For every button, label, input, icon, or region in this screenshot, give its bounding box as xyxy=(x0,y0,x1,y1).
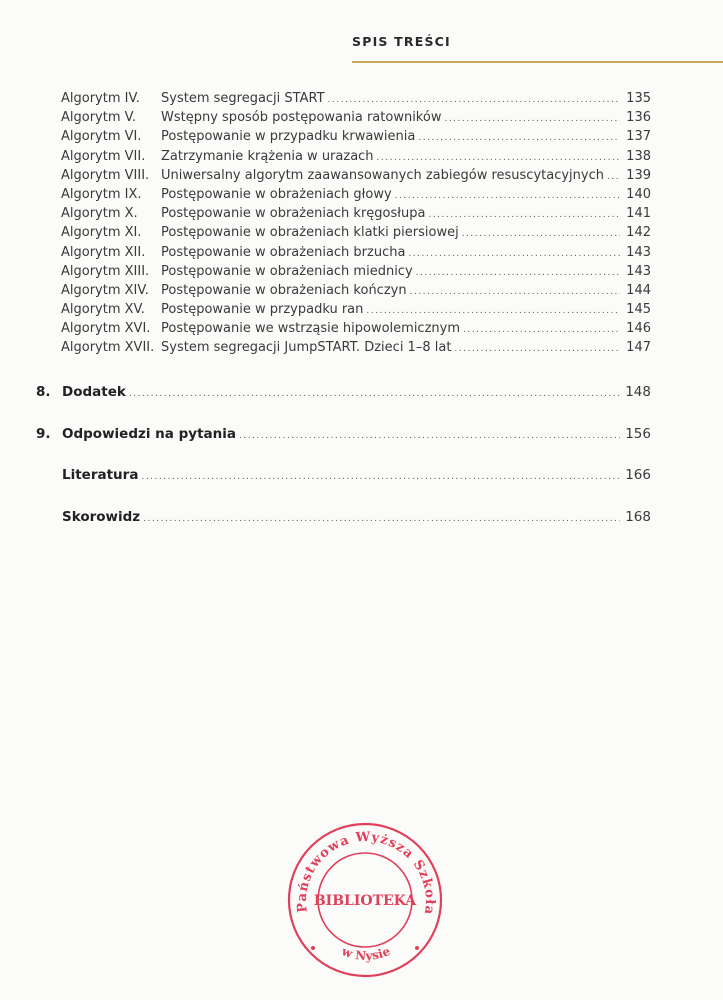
toc-entry-label: Algorytm XIV. xyxy=(61,283,161,298)
toc-entry-page: 145 xyxy=(623,302,651,317)
dot-leader: ........................................… xyxy=(239,431,620,441)
toc-section-title: Literatura xyxy=(62,467,138,483)
toc-entry-page: 138 xyxy=(623,149,651,164)
dot-leader: ........................................… xyxy=(143,514,620,524)
toc-entry-title: Wstępny sposób postępowania ratowników xyxy=(161,110,441,125)
toc-entry: Algorytm XVI.Postępowanie we wstrząsie h… xyxy=(61,321,651,340)
toc-entry-title: Postępowanie w obrażeniach klatki piersi… xyxy=(161,225,459,240)
toc-entry-label: Algorytm IX. xyxy=(61,187,161,202)
toc-entry-label: Algorytm XV. xyxy=(61,302,161,317)
toc-entry-label: Algorytm XIII. xyxy=(61,264,161,279)
toc-section-page: 168 xyxy=(623,509,651,525)
algorithm-toc-list: Algorytm IV.System segregacji START.....… xyxy=(61,91,651,360)
toc-entry-title: Postępowanie w obrażeniach głowy xyxy=(161,187,392,202)
toc-entry-label: Algorytm VI. xyxy=(61,129,161,144)
toc-entry: Algorytm X.Postępowanie w obrażeniach kr… xyxy=(61,206,651,225)
toc-entry-title: Postępowanie we wstrząsie hipowolemiczny… xyxy=(161,321,460,336)
toc-entry: Algorytm IV.System segregacji START.....… xyxy=(61,91,651,110)
toc-entry-title: Postępowanie w przypadku ran xyxy=(161,302,363,317)
toc-entry: Algorytm XIV.Postępowanie w obrażeniach … xyxy=(61,283,651,302)
toc-entry-title: System segregacji START xyxy=(161,91,325,106)
toc-entry-page: 140 xyxy=(623,187,651,202)
dot-leader: ........................................… xyxy=(328,95,620,105)
toc-entry-label: Algorytm XI. xyxy=(61,225,161,240)
header-rule xyxy=(352,61,723,63)
toc-entry-page: 143 xyxy=(623,245,651,260)
toc-entry: Algorytm IX.Postępowanie w obrażeniach g… xyxy=(61,187,651,206)
toc-entry-title: Postępowanie w przypadku krwawienia xyxy=(161,129,415,144)
toc-entry-page: 143 xyxy=(623,264,651,279)
toc-entry-page: 136 xyxy=(623,110,651,125)
toc-section: Skorowidz...............................… xyxy=(36,509,651,551)
toc-entry-title: Postępowanie w obrażeniach kręgosłupa xyxy=(161,206,425,221)
toc-entry-label: Algorytm IV. xyxy=(61,91,161,106)
toc-entry-label: Algorytm VIII. xyxy=(61,168,161,183)
toc-entry: Algorytm VII.Zatrzymanie krążenia w uraz… xyxy=(61,149,651,168)
toc-entry-title: Postępowanie w obrażeniach brzucha xyxy=(161,245,405,260)
toc-entry-page: 144 xyxy=(623,283,651,298)
toc-entry-label: Algorytm XVII. xyxy=(61,340,161,355)
toc-entry-title: System segregacji JumpSTART. Dzieci 1–8 … xyxy=(161,340,451,355)
toc-entry-title: Postępowanie w obrażeniach miednicy xyxy=(161,264,413,279)
toc-section-number: 8. xyxy=(36,384,62,400)
dot-leader: ........................................… xyxy=(366,306,620,316)
dot-leader: ........................................… xyxy=(377,153,620,163)
toc-section: 9.Odpowiedzi na pytania.................… xyxy=(36,426,651,468)
library-stamp: Państwowa Wyższa Szkoła Zawodowa w Nysie… xyxy=(285,820,445,980)
dot-leader: ........................................… xyxy=(416,268,620,278)
page-header-title: SPIS TREŚCI xyxy=(352,34,451,49)
toc-entry: Algorytm XV.Postępowanie w przypadku ran… xyxy=(61,302,651,321)
toc-section-title: Dodatek xyxy=(62,384,126,400)
toc-entry-label: Algorytm V. xyxy=(61,110,161,125)
toc-section-page: 148 xyxy=(623,384,651,400)
toc-entry-title: Postępowanie w obrażeniach kończyn xyxy=(161,283,407,298)
dot-leader: ........................................… xyxy=(428,210,620,220)
toc-entry: Algorytm VI.Postępowanie w przypadku krw… xyxy=(61,129,651,148)
toc-section-title: Odpowiedzi na pytania xyxy=(62,426,236,442)
toc-entry-label: Algorytm XVI. xyxy=(61,321,161,336)
dot-leader: ........................................… xyxy=(141,472,620,482)
section-toc-list: 8.Dodatek...............................… xyxy=(36,384,651,551)
toc-entry: Algorytm VIII.Uniwersalny algorytm zaawa… xyxy=(61,168,651,187)
toc-entry: Algorytm XIII.Postępowanie w obrażeniach… xyxy=(61,264,651,283)
toc-entry-page: 147 xyxy=(623,340,651,355)
toc-entry-page: 135 xyxy=(623,91,651,106)
dot-leader: ........................................… xyxy=(463,325,620,335)
dot-leader: ........................................… xyxy=(607,172,620,182)
stamp-center-text: BIBLIOTEKA xyxy=(314,893,417,909)
toc-entry: Algorytm V.Wstępny sposób postępowania r… xyxy=(61,110,651,129)
toc-section-page: 156 xyxy=(623,426,651,442)
dot-leader: ........................................… xyxy=(462,229,620,239)
dot-leader: ........................................… xyxy=(444,114,620,124)
toc-entry: Algorytm XVII.System segregacji JumpSTAR… xyxy=(61,340,651,359)
dot-leader: ........................................… xyxy=(129,389,620,399)
toc-section: Literatura..............................… xyxy=(36,467,651,509)
toc-section-number: 9. xyxy=(36,426,62,442)
toc-entry-label: Algorytm VII. xyxy=(61,149,161,164)
toc-entry-title: Zatrzymanie krążenia w urazach xyxy=(161,149,374,164)
toc-section-page: 166 xyxy=(623,467,651,483)
toc-section-title: Skorowidz xyxy=(62,509,140,525)
dot-leader: ........................................… xyxy=(418,133,620,143)
toc-entry-title: Uniwersalny algorytm zaawansowanych zabi… xyxy=(161,168,604,183)
toc-entry-page: 137 xyxy=(623,129,651,144)
dot-leader: ........................................… xyxy=(454,344,620,354)
toc-entry-label: Algorytm X. xyxy=(61,206,161,221)
toc-entry-page: 141 xyxy=(623,206,651,221)
toc-entry-page: 142 xyxy=(623,225,651,240)
toc-entry-label: Algorytm XII. xyxy=(61,245,161,260)
toc-entry-page: 139 xyxy=(623,168,651,183)
toc-section: 8.Dodatek...............................… xyxy=(36,384,651,426)
toc-entry: Algorytm XI.Postępowanie w obrażeniach k… xyxy=(61,225,651,244)
dot-leader: ........................................… xyxy=(395,191,620,201)
toc-entry: Algorytm XII.Postępowanie w obrażeniach … xyxy=(61,245,651,264)
toc-entry-page: 146 xyxy=(623,321,651,336)
dot-leader: ........................................… xyxy=(410,287,620,297)
dot-leader: ........................................… xyxy=(408,249,620,259)
